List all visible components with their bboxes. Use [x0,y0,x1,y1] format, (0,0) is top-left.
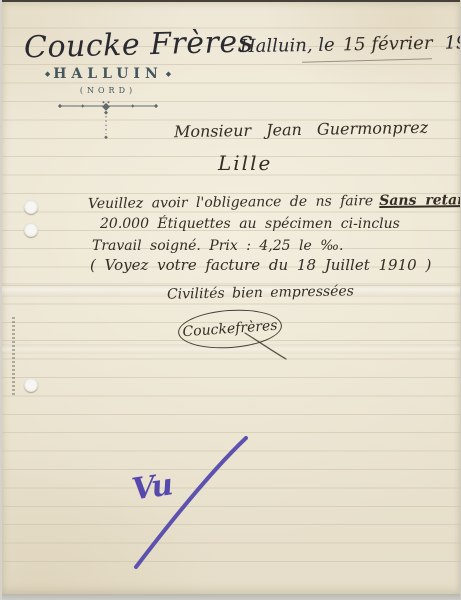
scan-edge-left [0,0,2,600]
letterhead-department: (NORD) [38,86,178,95]
letterhead-city: ◆HALLUIN◆ [38,66,178,82]
dateline: Halluin, le15 février1911 [240,32,461,57]
ornament-dot-icon: ◆ [42,69,53,78]
letterhead-flourish-icon [58,99,158,143]
body-line-4: ( Voyez votre facture du 18 Juillet 1910… [90,256,431,274]
punch-hole [24,223,38,237]
signature-text: Couckefrères [182,318,278,341]
body-line-2: 20.000 Étiquettes au spécimen ci-inclus [100,216,400,232]
letter-paper: Coucke Frères ◆HALLUIN◆ (NORD) Halluin, … [2,2,460,594]
vu-annotation: Vu [130,467,174,507]
punch-hole [24,378,38,392]
scan-edge-top [0,0,461,2]
body-line-1-text: Veuillez avoir l'obligeance de ns faire [88,193,373,212]
body-line-3: Travail soigné. Prix : 4,25 le ‰. [92,238,343,254]
letterhead-company-name: Coucke Frères [24,26,210,66]
scan-edge-bottom [0,594,461,600]
punch-hole [24,200,38,214]
dateline-place-printed: Halluin, le [240,35,335,58]
dateline-date-handwritten: 15 février [343,33,433,56]
dateline-year-printed: 19 [444,32,461,53]
recipient-city: Lille [218,151,272,175]
printer-imprint-vertical-text [12,317,15,397]
letterhead-city-label: HALLUIN [53,66,163,82]
closing-formula: Civilités bien empressées [167,283,354,302]
ornament-dot-icon: ◆ [163,69,174,78]
body-line-1-underlined: Sans retard [379,192,461,209]
scanned-letter: Coucke Frères ◆HALLUIN◆ (NORD) Halluin, … [0,0,461,600]
